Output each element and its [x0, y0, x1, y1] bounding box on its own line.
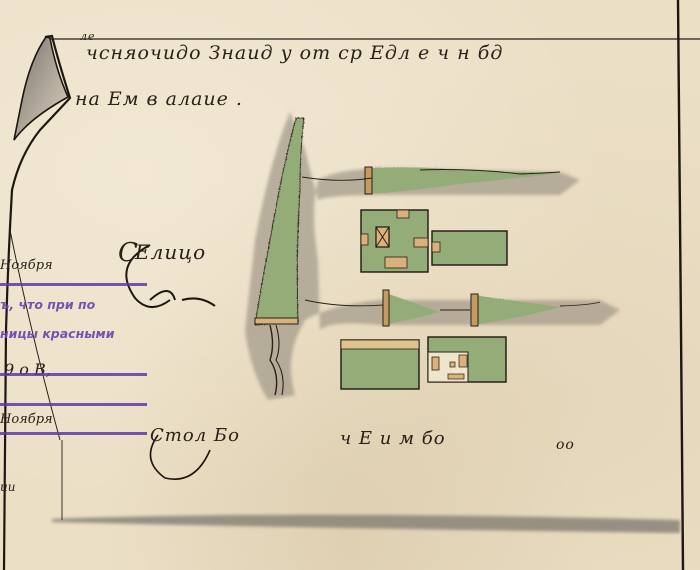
bottom-border-wash [52, 515, 680, 533]
dots-mark: оо [556, 437, 575, 453]
place-label-left: Стол Бо [150, 425, 240, 446]
scroll-flag [14, 37, 68, 140]
stamp-text-2: ъ, что при по [0, 297, 95, 312]
header-line-1: чсняочидо Знаид у от ср Едл е ч н бд [86, 42, 503, 64]
bridge-bar [255, 318, 298, 324]
place-label-right: ч Е и м бо [340, 428, 446, 449]
plot-east [432, 231, 507, 265]
stamp-hand-4: 9 о В, [4, 360, 51, 379]
village-name-label: Елицо [135, 240, 206, 264]
margin-mark: ии [0, 480, 15, 494]
stamp-text-3: ницы красными [0, 326, 115, 341]
header-line-2: на Ем в алаие . [75, 88, 243, 110]
stamp-hand-1: Ноября [0, 258, 53, 273]
stamp-rule-2 [0, 373, 147, 376]
plot-top-wedge-building [365, 167, 372, 194]
stamp-rule-1 [0, 283, 147, 286]
stamp-hand-5: Ноября [0, 412, 53, 427]
frame-right-line [678, 0, 683, 570]
stamp-rule-4 [0, 432, 147, 435]
stamp-rule-3 [0, 403, 147, 406]
